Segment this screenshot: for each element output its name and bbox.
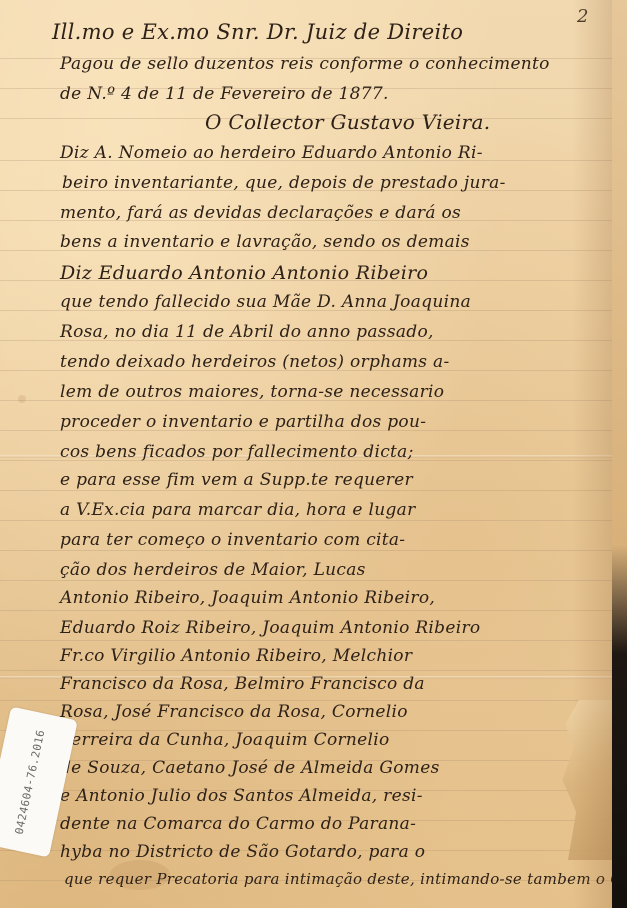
body-line: ção dos herdeiros de Maior, Lucas (60, 560, 366, 580)
ruled-line (0, 580, 612, 581)
body-line: bens a inventario e lavração, sendo os d… (60, 232, 470, 252)
body-line: Antonio Ribeiro, Joaquim Antonio Ribeiro… (60, 588, 435, 608)
body-line: lem de outros maiores, torna-se necessar… (60, 382, 444, 402)
ruled-line (0, 490, 612, 491)
body-line: Ferreira da Cunha, Joaquim Cornelio (60, 730, 390, 750)
body-line: que requer Precatoria para intimação des… (64, 870, 612, 888)
ink-speck (18, 395, 26, 403)
torn-edge (557, 700, 612, 860)
ruled-line (0, 610, 612, 611)
body-line: para ter começo o inventario com cita- (60, 530, 405, 550)
page-number: 2 (577, 6, 588, 27)
collector-signature: O Collector Gustavo Vieira. (205, 110, 490, 134)
body-line: dente na Comarca do Carmo do Parana- (60, 814, 416, 834)
body-line: hyba no Districto de São Gotardo, para o (60, 842, 425, 862)
body-line: e Antonio Julio dos Santos Almeida, resi… (60, 786, 423, 806)
page-edge-shadow (612, 0, 627, 908)
body-line: Rosa, no dia 11 de Abril do anno passado… (60, 322, 434, 342)
body-line: e para esse fim vem a Supp.te requerer (60, 470, 413, 490)
body-line: mento, fará as devidas declarações e dar… (60, 203, 461, 223)
body-line: Rosa, José Francisco da Rosa, Cornelio (60, 702, 408, 722)
ruled-line (0, 520, 612, 521)
body-line: proceder o inventario e partilha dos pou… (60, 412, 426, 432)
manuscript-page: 2 Ill.mo e Ex.mo Snr. Dr. Juiz de Direit… (0, 0, 612, 908)
fee-note-line: Pagou de sello duzentos reis conforme o … (60, 54, 550, 74)
body-line: Fr.co Virgilio Antonio Ribeiro, Melchior (60, 646, 412, 666)
body-line: tendo deixado herdeiros (netos) orphams … (60, 352, 450, 372)
ruled-line (0, 640, 612, 641)
body-line: de Souza, Caetano José de Almeida Gomes (60, 758, 440, 778)
ruled-line (0, 700, 612, 701)
archive-label-text: 0424604-76.2016 (13, 728, 48, 835)
ruled-line (0, 670, 612, 671)
body-line: beiro inventariante, que, depois de pres… (62, 173, 506, 193)
body-line: que tendo fallecido sua Mãe D. Anna Joaq… (60, 292, 471, 312)
archive-label: 0424604-76.2016 (0, 706, 78, 857)
body-line: Eduardo Roiz Ribeiro, Joaquim Antonio Ri… (60, 618, 480, 638)
salutation: Ill.mo e Ex.mo Snr. Dr. Juiz de Direito (52, 20, 463, 44)
fee-note-line: de N.º 4 de 11 de Fevereiro de 1877. (60, 84, 389, 104)
body-line: Diz A. Nomeio ao herdeiro Eduardo Antoni… (60, 143, 483, 163)
body-line: Diz Eduardo Antonio Antonio Ribeiro (60, 262, 428, 284)
body-line: a V.Ex.cia para marcar dia, hora e lugar (60, 500, 416, 520)
ruled-line (0, 550, 612, 551)
body-line: Francisco da Rosa, Belmiro Francisco da (60, 674, 425, 694)
body-line: cos bens ficados por fallecimento dicta; (60, 442, 414, 462)
